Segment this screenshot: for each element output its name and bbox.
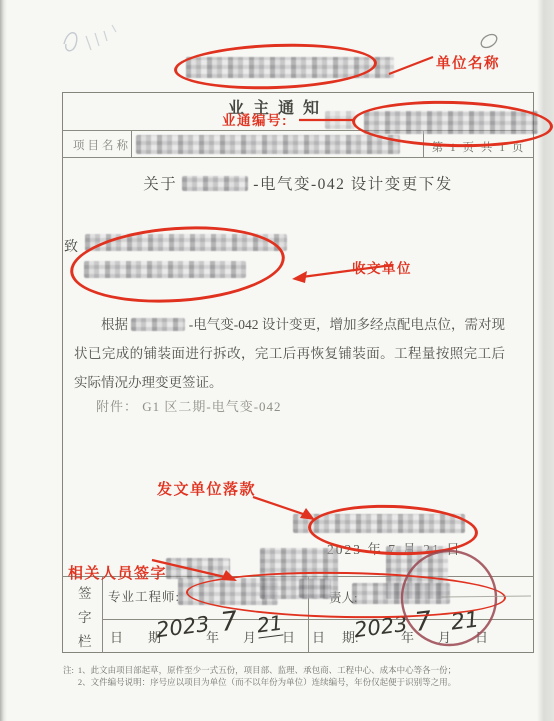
- engineer-label: 专业工程师:: [108, 587, 180, 605]
- date-right-ri: 日: [312, 627, 325, 646]
- handwritten-scribble-mark: [64, 25, 116, 51]
- footer-notes: 注: 1、此文由项目部起草，原件至少一式五份，项目部、监理、承包商、工程中心、成…: [63, 665, 456, 688]
- note-line-2: 2、文件编号说明：序号应以项目为单位（而不以年份为单位）连续编号，年份仅起便于识…: [78, 677, 456, 689]
- annotation-label-notice-no: 业通编号:: [222, 109, 288, 129]
- annotation-label-unit: 单位名称: [436, 52, 500, 73]
- attachment-line: 附件： G1 区二期-电气变-042: [96, 396, 282, 415]
- note-line-1: 1、此文由项目部起草，原件至少一式五份，项目部、监理、承包商、工程中心、成本中心…: [78, 665, 456, 677]
- handwritten-zero-mark: [479, 32, 499, 50]
- date-left-month-hw: 7: [219, 606, 239, 638]
- redaction-project-name: [136, 135, 400, 154]
- annotation-label-receiver: 收文单位: [352, 257, 412, 277]
- paper-edge-left: [0, 0, 7, 721]
- subject-prefix: 关于: [143, 172, 177, 194]
- date-left-ri: 日: [110, 627, 123, 646]
- sign-col-char-2: 字: [78, 606, 92, 626]
- body-prefix: 根据: [101, 317, 128, 332]
- redaction-signature-1: [166, 558, 230, 579]
- scanned-notice-page: 业主通知 项目名称 第 1 页 共 1 页 关于 -电气变-042 设计变更下发…: [0, 0, 554, 721]
- to-label: 致: [64, 236, 78, 256]
- annotation-label-issuer: 发文单位落款: [157, 478, 256, 499]
- paper-edge-right: [537, 0, 554, 721]
- redaction-subject: [182, 176, 248, 191]
- rule-project-row-bottom: [62, 157, 534, 158]
- rule-signtable-col-divider: [102, 576, 103, 653]
- annotation-oval-unit-name: [173, 40, 377, 92]
- sign-col-char-1: 签: [78, 582, 92, 602]
- annotation-line-unit: [389, 57, 433, 74]
- body-paragraph: 根据 -电气变-042 设计变更，增加多经点配电点位，需对现状已完成的铺装面进行…: [74, 310, 505, 397]
- sign-col-char-3: 栏: [78, 630, 92, 650]
- rule-project-divider-1: [131, 130, 132, 157]
- redaction-no-word: [325, 111, 355, 129]
- date-left-month-unit: 月: [243, 627, 256, 646]
- annotation-label-signers: 相关人员签字: [68, 562, 167, 583]
- subject-line: 关于 -电气变-042 设计变更下发: [62, 172, 534, 194]
- subject-suffix: -电气变-042 设计变更下发: [253, 172, 452, 194]
- date-right-month-unit: 月: [438, 627, 451, 646]
- project-name-label: 项目名称: [73, 137, 131, 153]
- notes-prefix: 注:: [63, 665, 74, 688]
- redaction-body: [131, 318, 185, 331]
- date-left-day-unit: 日: [282, 627, 295, 646]
